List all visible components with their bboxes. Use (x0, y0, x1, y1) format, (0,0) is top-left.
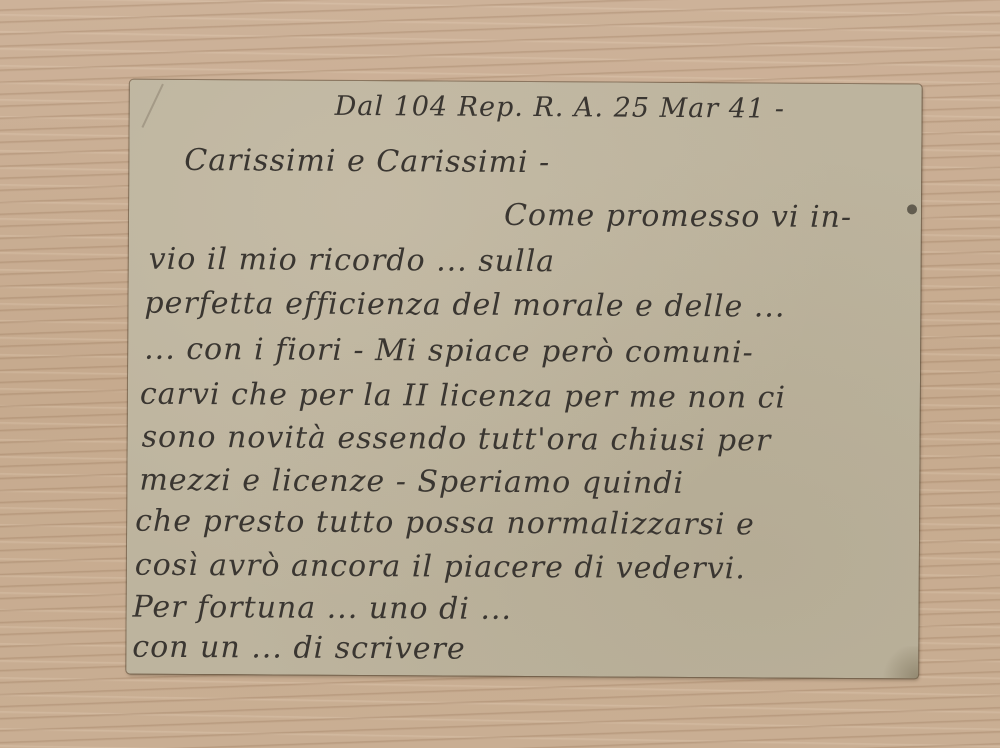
body-line: Per fortuna ... uno di ... (132, 590, 512, 627)
corner-stain (878, 646, 918, 678)
body-line: con un ... di scrivere (132, 630, 466, 667)
body-line: ... con i fiori - Mi spiace però comuni- (144, 332, 754, 371)
body-line: che presto tutto possa normalizzarsi e (135, 504, 755, 543)
body-line: sono novità essendo tutt'ora chiusi per (142, 420, 772, 459)
body-line: carvi che per la II licenza per me non c… (140, 377, 786, 416)
fold-mark (141, 84, 163, 128)
postcard-salutation: Carissimi e Carissimi - (184, 143, 550, 180)
body-line: vio il mio ricordo ... sulla (149, 242, 556, 279)
postcard: Dal 104 Rep. R. A. 25 Mar 41 - Carissimi… (126, 80, 922, 679)
body-line: Come promesso vi in- (504, 198, 852, 235)
body-line: mezzi e licenze - Speriamo quindi (139, 463, 684, 501)
body-line: perfetta efficienza del morale e delle .… (144, 286, 785, 325)
body-line: così avrò ancora il piacere di vedervi. (135, 548, 746, 587)
postcard-header: Dal 104 Rep. R. A. 25 Mar 41 - (335, 91, 785, 125)
ink-spot (907, 204, 917, 214)
